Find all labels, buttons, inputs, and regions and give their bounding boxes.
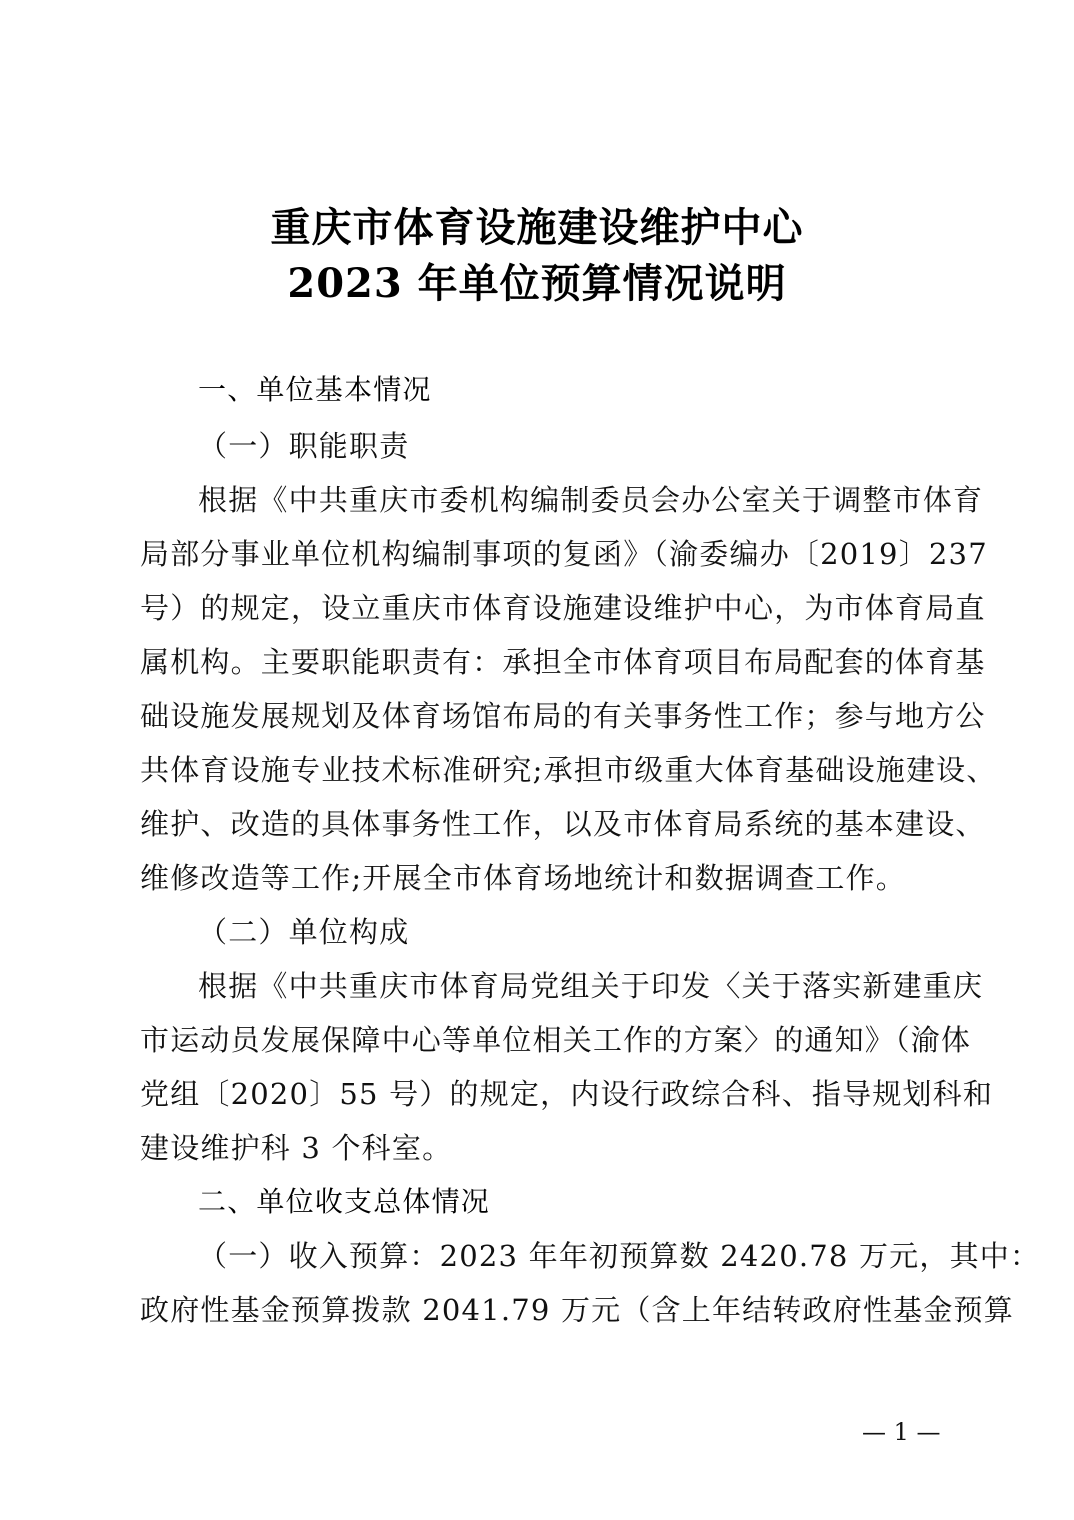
section1-heading: 一、单位基本情况	[198, 368, 998, 408]
section2-heading: 二、单位收支总体情况	[198, 1180, 998, 1220]
paragraph-line: 根据《中共重庆市体育局党组关于印发〈关于落实新建重庆	[198, 964, 998, 1005]
paragraph-line: 维修改造等工作;开展全市体育场地统计和数据调查工作。	[140, 856, 940, 897]
paragraph-line: 政府性基金预算拨款 2041.79 万元（含上年结转政府性基金预算	[140, 1288, 936, 1329]
paragraph-line: （一）收入预算：2023 年年初预算数 2420.78 万元，其中：	[198, 1234, 938, 1275]
paragraph-line: 础设施发展规划及体育场馆布局的有关事务性工作；参与地方公	[140, 694, 936, 735]
paragraph-line: 市运动员发展保障中心等单位相关工作的方案〉的通知》（渝体	[140, 1018, 936, 1059]
paragraph-line: 属机构。主要职能职责有：承担全市体育项目布局配套的体育基	[140, 640, 936, 681]
paragraph-line: 局部分事业单位机构编制事项的复函》（渝委编办〔2019〕237	[140, 532, 936, 573]
document-title-line2: 2023 年单位预算情况说明	[0, 252, 1074, 309]
paragraph-line: 共体育设施专业技术标准研究;承担市级重大体育基础设施建设、	[140, 748, 936, 789]
paragraph-line: 维护、改造的具体事务性工作，以及市体育局系统的基本建设、	[140, 802, 936, 843]
paragraph-line: 建设维护科 3 个科室。	[140, 1126, 940, 1167]
paragraph-line: 根据《中共重庆市委机构编制委员会办公室关于调整市体育	[198, 478, 998, 519]
section1-sub1-heading: （一）职能职责	[198, 424, 998, 465]
section1-sub2-heading: （二）单位构成	[198, 910, 998, 951]
document-title-line1: 重庆市体育设施建设维护中心	[0, 196, 1074, 253]
paragraph-line: 党组〔2020〕55 号）的规定，内设行政综合科、指导规划科和	[140, 1072, 936, 1113]
paragraph-line: 号）的规定，设立重庆市体育设施建设维护中心，为市体育局直	[140, 586, 936, 627]
page-number: — 1 —	[862, 1418, 941, 1446]
